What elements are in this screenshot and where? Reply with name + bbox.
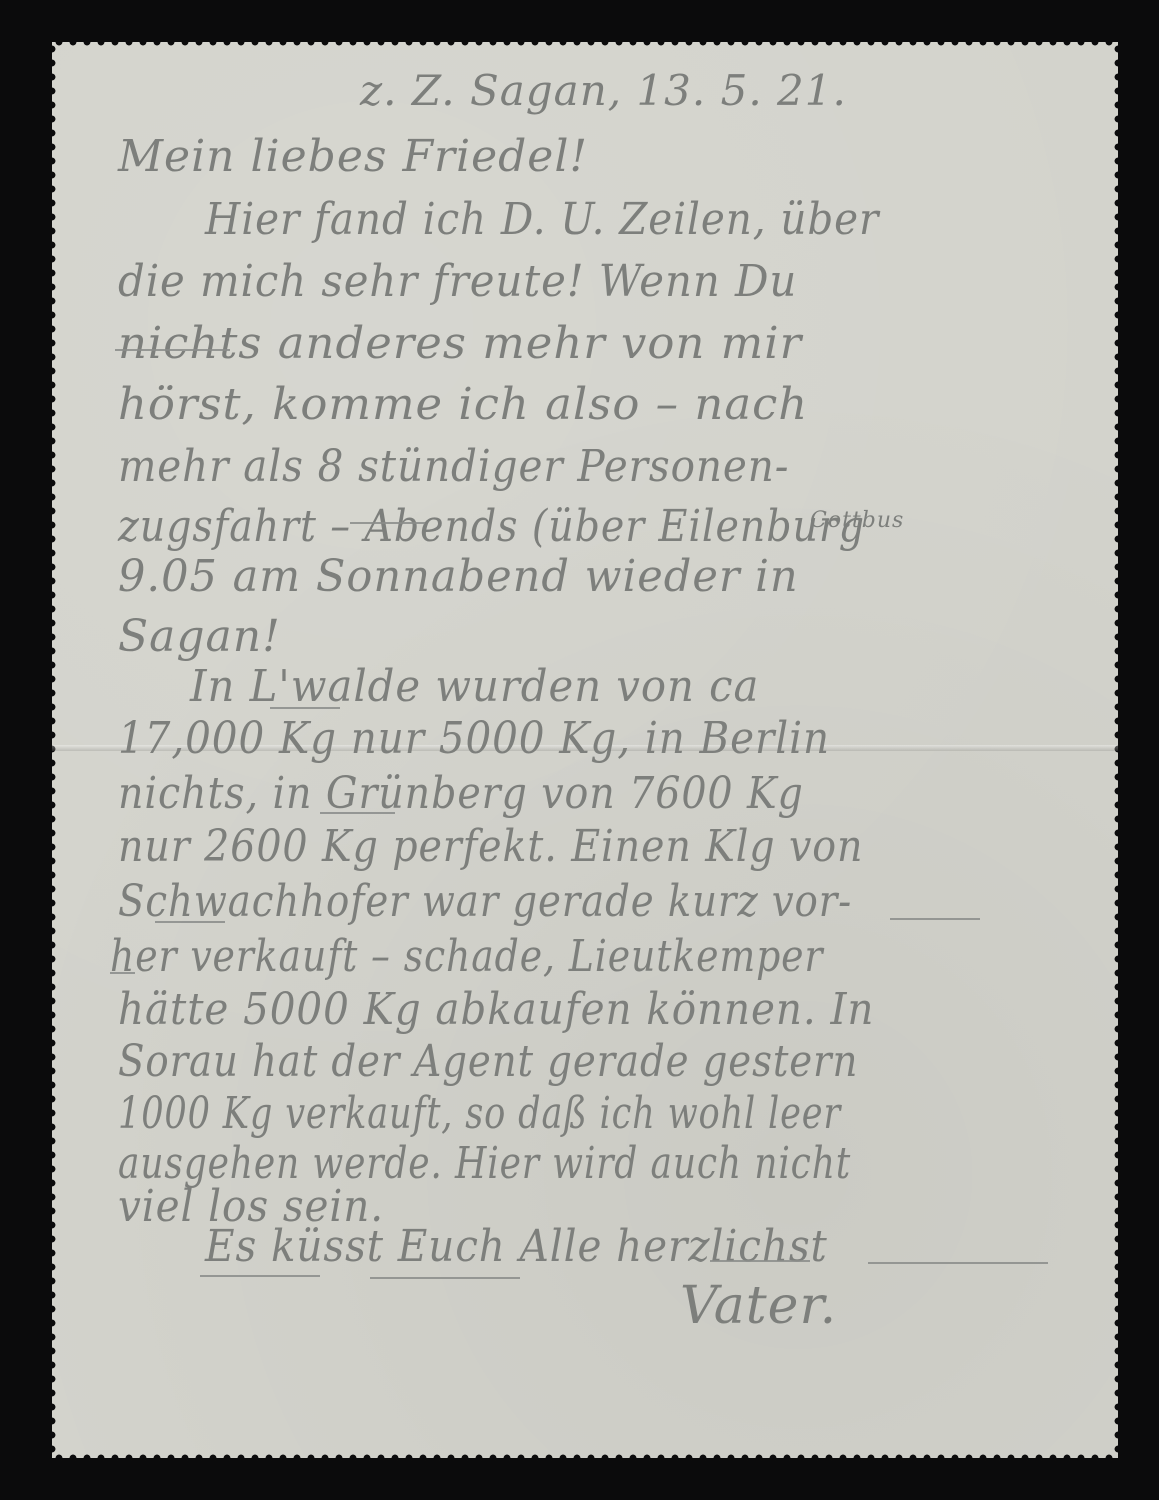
- letter-line: Hier fand ich D. U. Zeilen, über: [205, 198, 879, 242]
- letter-line: nichts anderes mehr von mir: [118, 322, 802, 366]
- letter-line: hörst, komme ich also – nach: [118, 383, 808, 427]
- place-date: z. Z. Sagan, 13. 5. 21.: [360, 70, 847, 112]
- letter-line: nur 2600 Kg perfekt. Einen Klg von: [118, 825, 863, 869]
- underline-schwachhofer: [155, 921, 225, 923]
- perforated-edge-bottom: [52, 1454, 1118, 1462]
- letter-line: nichts, in Grünberg von 7600 Kg: [118, 772, 804, 816]
- letter-line: 1000 Kg verkauft, so daß ich wohl leer: [118, 1092, 841, 1136]
- letter-line: 17,000 Kg nur 5000 Kg, in Berlin: [118, 717, 830, 761]
- letter-line: Sagan!: [118, 615, 281, 659]
- underline-haette: [110, 972, 135, 974]
- letter-line: her verkauft – schade, Lieutkemper: [110, 935, 823, 979]
- closing-underline-1: [200, 1275, 320, 1277]
- letter-line: In L'walde wurden von ca: [190, 665, 759, 709]
- letter-line: die mich sehr freute! Wenn Du: [118, 260, 797, 304]
- letter-line: Sorau hat der Agent gerade gestern: [118, 1040, 858, 1084]
- salutation: Mein liebes Friedel!: [118, 135, 588, 179]
- perforated-edge-top: [52, 38, 1118, 46]
- underline-2600: [320, 812, 395, 814]
- signature: Vater.: [680, 1280, 837, 1332]
- underline-lieutkemper: [890, 918, 980, 920]
- closing-underline-4: [868, 1262, 1048, 1264]
- letter-line: 9.05 am Sonnabend wieder in: [118, 555, 799, 599]
- letter-line: zugsfahrt – Abends (über Eilenburg: [118, 505, 865, 549]
- letter-line: ausgehen werde. Hier wird auch nicht: [118, 1142, 851, 1186]
- closing-underline-3: [710, 1260, 810, 1262]
- closing-underline-2: [370, 1277, 520, 1279]
- interlinear-note: Cottbus: [810, 510, 904, 532]
- letter-line: Schwachhofer war gerade kurz vor-: [118, 880, 852, 924]
- letter-line: mehr als 8 stündiger Personen-: [118, 445, 789, 489]
- scan-background: z. Z. Sagan, 13. 5. 21. Mein liebes Frie…: [0, 0, 1159, 1500]
- closing: Es küsst Euch Alle herzlichst: [205, 1225, 828, 1269]
- letter-line: hätte 5000 Kg abkaufen können. In: [118, 988, 874, 1032]
- underline-abends: [350, 522, 425, 524]
- underline-nur: [270, 707, 340, 709]
- underline-hoerst: [115, 349, 230, 351]
